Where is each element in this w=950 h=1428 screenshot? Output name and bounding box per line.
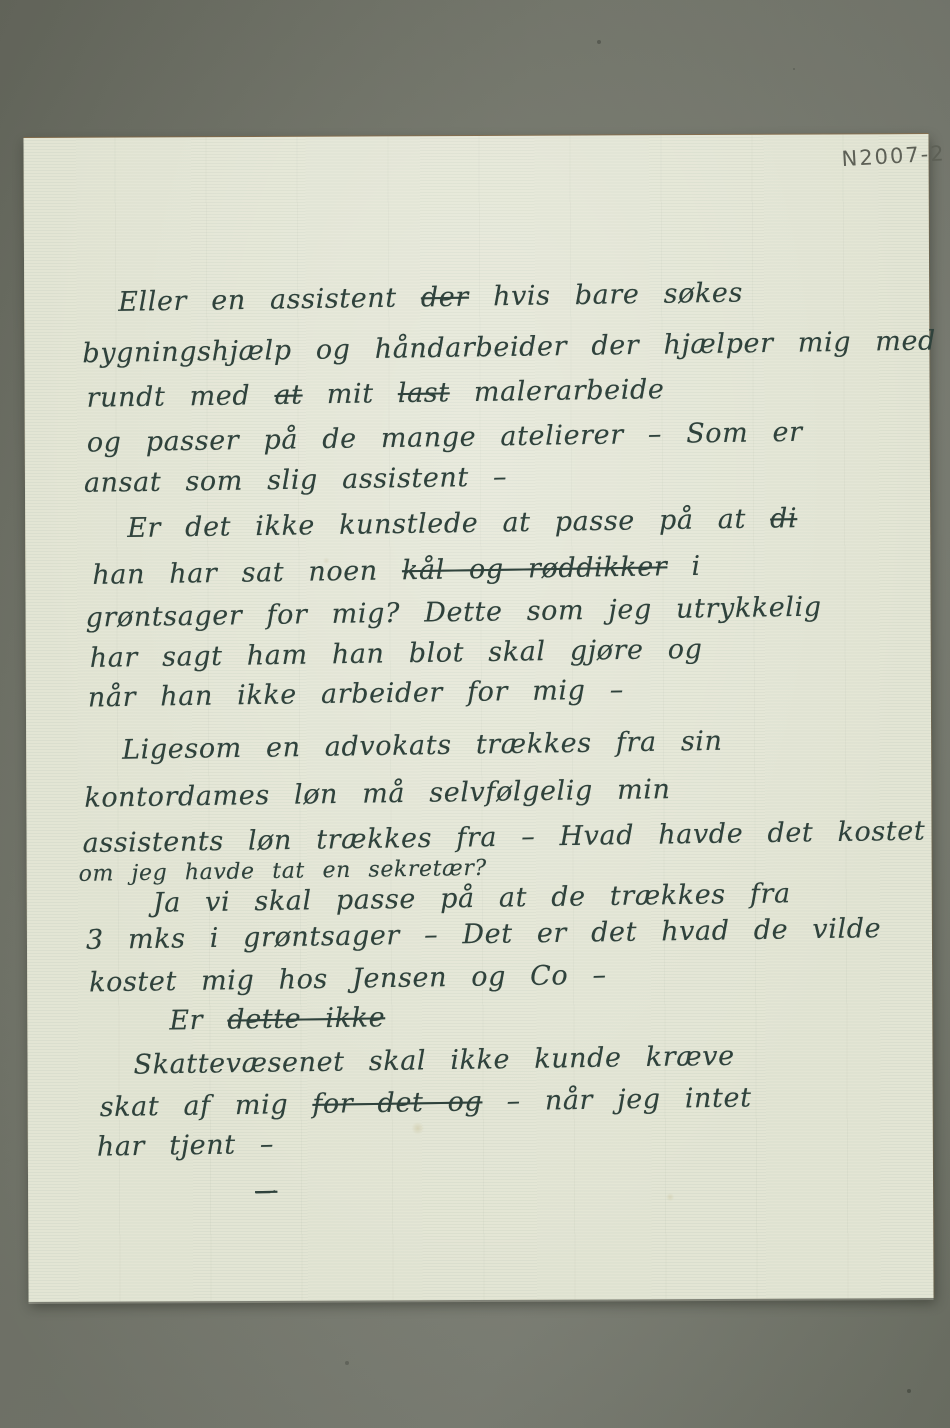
line-text: kontordames løn må selvfølgelig min [84, 774, 671, 814]
line-text: Skattevæsenet skal ikke kunde kræve [133, 1041, 735, 1081]
line-text: har sagt ham han blot skal gjøre og [90, 634, 703, 674]
line-text: har tjent – [97, 1129, 275, 1163]
manuscript-line: kontordames løn må selvfølgelig min [84, 774, 671, 814]
line-text: – når jeg intet [482, 1082, 752, 1117]
line-text: Er det ikke kunstlede at passe på at [127, 504, 770, 545]
manuscript-line: rundt med at mit last malerarbeide [86, 374, 664, 414]
line-text: ansat som slig assistent – [84, 462, 508, 499]
manuscript-line: assistents løn trækkes fra – Hvad havde … [82, 816, 925, 859]
catalog-number: N2007-2 [841, 141, 946, 171]
struck-text: —· [255, 1182, 278, 1201]
line-text: malerarbeide [449, 374, 664, 408]
manuscript-line: Ligesom en advokats trækkes fra sin [122, 726, 723, 766]
struck-text: at [274, 380, 303, 411]
dust-specks [0, 0, 2, 2]
manuscript-line: 3 mks i grøntsager – Det er det hvad de … [86, 913, 882, 956]
line-text: han har sat noen [92, 555, 402, 591]
struck-text: di [770, 503, 798, 534]
manuscript-line: om jeg havde tat en sekretær? [79, 856, 488, 887]
manuscript-line: han har sat noen kål og røddikker i [92, 551, 701, 591]
manuscript-line: grøntsager for mig? Dette som jeg utrykk… [85, 592, 822, 634]
manuscript-line: Skattevæsenet skal ikke kunde kræve [133, 1041, 735, 1081]
manuscript-line: Er dette ikke [169, 1002, 385, 1036]
line-text: om jeg havde tat en sekretær? [79, 856, 488, 887]
struck-text: for det og [312, 1086, 482, 1120]
line-text: bygningshjælp og håndarbeider der hjælpe… [82, 326, 936, 370]
manuscript-line: Eller en assistent der hvis bare søkes [118, 278, 743, 318]
manuscript-line: ansat som slig assistent – [84, 462, 508, 499]
manuscript-line: kostet mig hos Jensen og Co – [89, 960, 607, 999]
line-text: Er [169, 1005, 227, 1037]
manuscript-line: bygningshjælp og håndarbeider der hjælpe… [82, 326, 936, 370]
line-text: og passer på de mange atelierer – Som er [87, 417, 803, 459]
line-text: Ligesom en advokats trækkes fra sin [122, 726, 723, 766]
paper-sheet: N2007-2 Eller en assistent der hvis bare… [23, 134, 933, 1302]
line-text: kostet mig hos Jensen og Co – [89, 960, 607, 999]
line-text: Eller en assistent [118, 282, 421, 317]
line-text: i [667, 551, 701, 582]
line-text: når han ikke arbeider for mig – [88, 675, 624, 714]
struck-text: der [421, 282, 469, 314]
manuscript-line: når han ikke arbeider for mig – [88, 675, 624, 714]
struck-text: dette ikke [227, 1002, 385, 1035]
line-text: skat af mig [99, 1089, 312, 1123]
scan-background: N2007-2 Eller en assistent der hvis bare… [0, 0, 950, 1428]
struck-text: last [398, 377, 450, 409]
line-text: hvis bare søkes [469, 278, 743, 313]
line-text: 3 mks i grøntsager – Det er det hvad de … [86, 913, 882, 956]
line-text: grøntsager for mig? Dette som jeg utrykk… [85, 592, 822, 634]
ink-scribble-mark: —· [255, 1182, 278, 1201]
line-text: assistents løn trækkes fra – Hvad havde … [82, 816, 925, 859]
line-text: mit [302, 378, 398, 410]
manuscript-line: har sagt ham han blot skal gjøre og [90, 634, 703, 674]
manuscript-line: Er det ikke kunstlede at passe på at di [127, 503, 798, 544]
manuscript-line: og passer på de mange atelierer – Som er [87, 417, 803, 459]
manuscript-line: skat af mig for det og – når jeg intet [99, 1082, 751, 1123]
manuscript-line: har tjent – [97, 1129, 275, 1163]
struck-text: kål og røddikker [402, 551, 668, 586]
line-text: rundt med [86, 380, 274, 414]
